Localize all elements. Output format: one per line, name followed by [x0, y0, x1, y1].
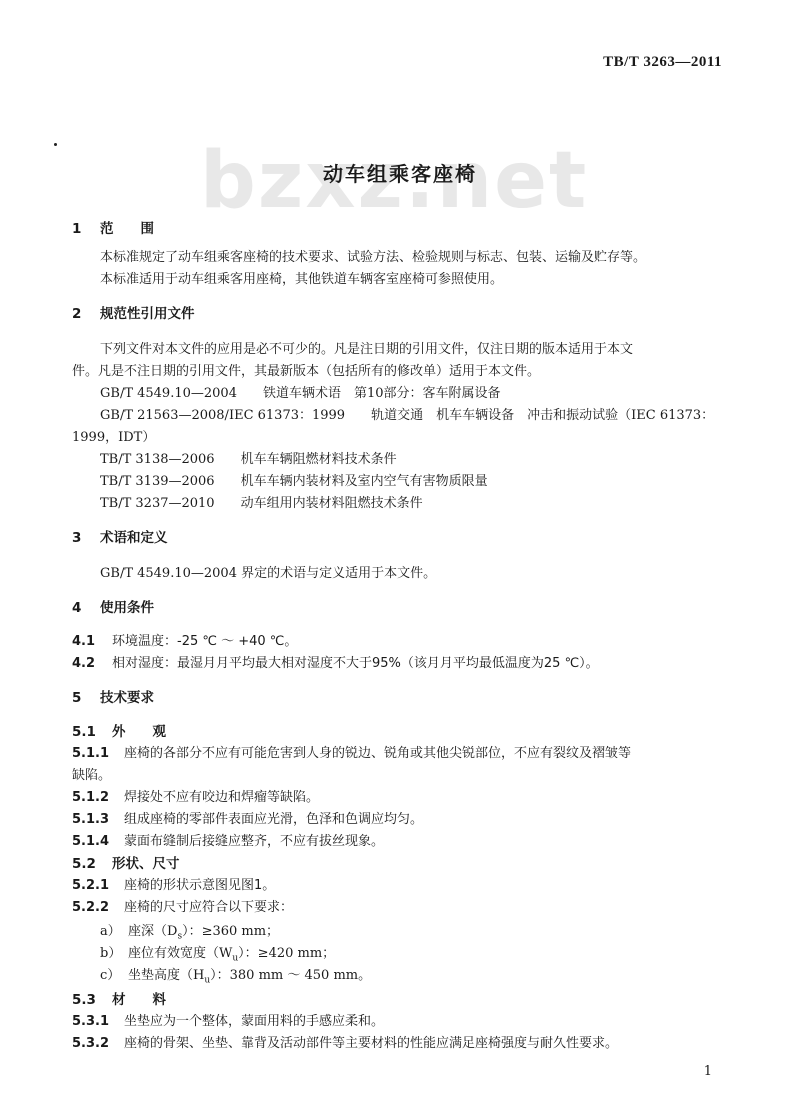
- scan-dot: [54, 143, 57, 146]
- section-3-paragraph: GB/T 4549.10—2004 界定的术语与定义适用于本文件。: [100, 566, 436, 582]
- clause-5-1-2: 5.1.2焊接处不应有咬边和焊瘤等缺陷。: [72, 790, 319, 806]
- standard-code: TB/T 3263—2011: [603, 54, 722, 71]
- clause-5-1-1: 5.1.1座椅的各部分不应有可能危害到人身的锐边、锐角或其他尖锐部位，不应有裂纹…: [72, 746, 631, 762]
- section-1-paragraph: 本标准规定了动车组乘客座椅的技术要求、试验方法、检验规则与标志、包装、运输及贮存…: [100, 250, 646, 266]
- clause-5-3-2: 5.3.2座椅的骨架、坐垫、靠背及活动部件等主要材料的性能应满足座椅强度与耐久性…: [72, 1036, 618, 1052]
- clause-4-1: 4.1环境温度：-25 ℃ ～ +40 ℃。: [72, 634, 297, 650]
- section-1-heading: 1范 围: [72, 221, 154, 237]
- clause-5-1-3: 5.1.3组成座椅的零部件表面应光滑，色泽和色调应均匀。: [72, 812, 423, 828]
- clause-5-1-1-continuation: 缺陷。: [72, 768, 111, 784]
- page-number: 1: [704, 1064, 712, 1079]
- section-4-heading: 4使用条件: [72, 600, 154, 616]
- section-2-paragraph: 下列文件对本文件的应用是必不可少的。凡是注日期的引用文件，仅注日期的版本适用于本…: [100, 342, 633, 358]
- section-5-heading: 5技术要求: [72, 690, 154, 706]
- section-5-3-heading: 5.3材 料: [72, 992, 166, 1008]
- clause-5-3-1: 5.3.1坐垫应为一个整体，蒙面用料的手感应柔和。: [72, 1014, 384, 1030]
- section-2-heading: 2规范性引用文件: [72, 306, 195, 322]
- dimension-item-cushion-height: c）坐垫高度（Hu）：380 mm ～ 450 mm。: [100, 968, 371, 989]
- section-5-1-heading: 5.1外 观: [72, 724, 166, 740]
- document-title: 动车组乘客座椅: [0, 158, 800, 187]
- clause-5-2-1: 5.2.1座椅的形状示意图见图1。: [72, 878, 275, 894]
- reference-item-continuation: 1999，IDT）: [72, 430, 155, 446]
- dimension-item-seat-depth: a）座深（Ds）：≥360 mm；: [100, 924, 279, 945]
- clause-5-2-2: 5.2.2座椅的尺寸应符合以下要求：: [72, 900, 293, 916]
- section-1-paragraph: 本标准适用于动车组乘客用座椅，其他铁道车辆客室座椅可参照使用。: [100, 272, 503, 288]
- reference-item: TB/T 3138—2006 机车车辆阻燃材料技术条件: [100, 452, 397, 468]
- reference-item: TB/T 3237—2010 动车组用内装材料阻燃技术条件: [100, 496, 423, 512]
- reference-item: TB/T 3139—2006 机车车辆内装材料及室内空气有害物质限量: [100, 474, 488, 490]
- clause-5-1-4: 5.1.4蒙面布缝制后接缝应整齐，不应有拔丝现象。: [72, 834, 384, 850]
- section-3-heading: 3术语和定义: [72, 530, 168, 546]
- clause-4-2: 4.2相对湿度：最湿月月平均最大相对湿度不大于95%（该月月平均最低温度为25 …: [72, 656, 599, 672]
- reference-item: GB/T 21563—2008/IEC 61373：1999 轨道交通 机车车辆…: [100, 408, 714, 424]
- section-5-2-heading: 5.2形状、尺寸: [72, 856, 180, 872]
- section-2-paragraph: 件。凡是不注日期的引用文件，其最新版本（包括所有的修改单）适用于本文件。: [72, 364, 540, 380]
- dimension-item-seat-width: b）座位有效宽度（Wu）：≥420 mm；: [100, 946, 335, 967]
- reference-item: GB/T 4549.10—2004 铁道车辆术语 第10部分：客车附属设备: [100, 386, 501, 402]
